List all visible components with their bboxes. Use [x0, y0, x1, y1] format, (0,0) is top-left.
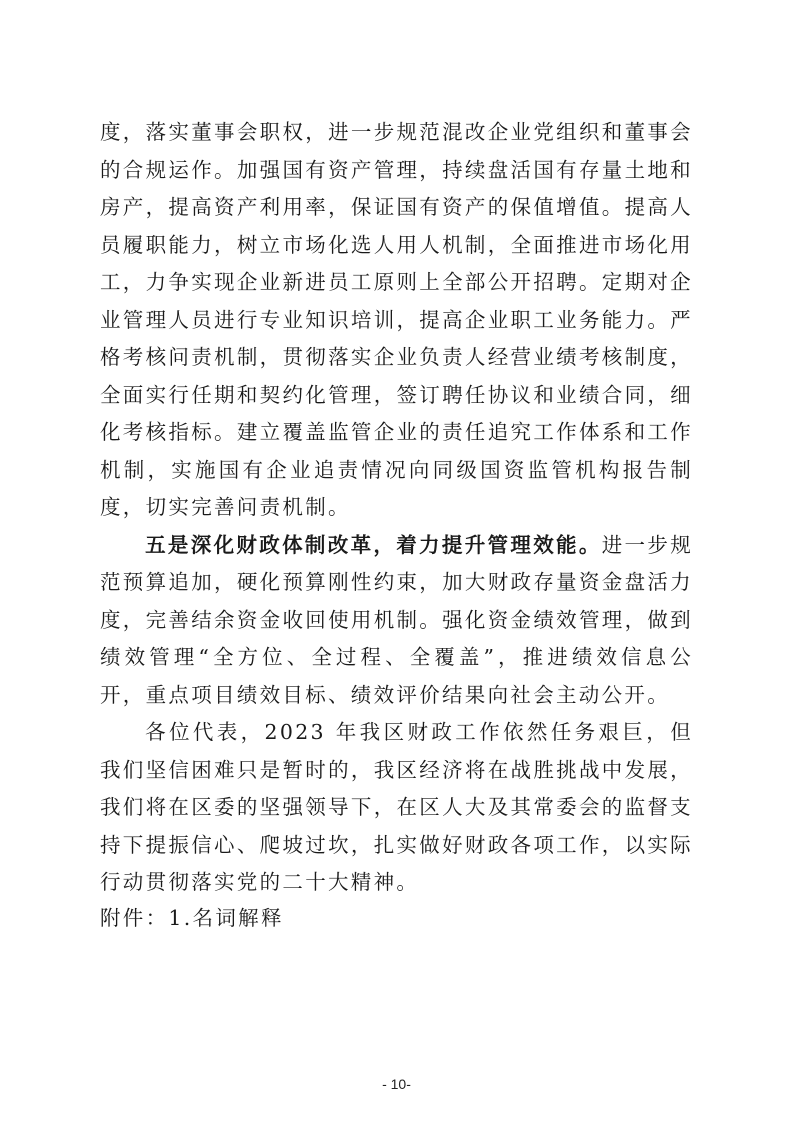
document-page: 度，落实董事会职权，进一步规范混改企业党组织和董事会的合规运作。加强国有资产管理…	[0, 0, 793, 1122]
paragraph-soe-governance: 度，落实董事会职权，进一步规范混改企业党组织和董事会的合规运作。加强国有资产管理…	[100, 114, 693, 527]
paragraph-text: 各位代表，2023 年我区财政工作依然任务艰巨，但我们坚信困难只是暂时的，我区经…	[100, 720, 693, 894]
attachment-note: 附件：1.名词解释	[100, 900, 693, 938]
paragraph-text: 度，落实董事会职权，进一步规范混改企业党组织和董事会的合规运作。加强国有资产管理…	[100, 120, 693, 519]
paragraph-fiscal-reform: 五是深化财政体制改革，着力提升管理效能。进一步规范预算追加，硬化预算刚性约束，加…	[100, 527, 693, 715]
paragraph-closing-remarks: 各位代表，2023 年我区财政工作依然任务艰巨，但我们坚信困难只是暂时的，我区经…	[100, 714, 693, 902]
document-body: 度，落实董事会职权，进一步规范混改企业党组织和董事会的合规运作。加强国有资产管理…	[100, 114, 693, 937]
paragraph-text: 进一步规范预算追加，硬化预算刚性约束，加大财政存量资金盘活力度，完善结余资金收回…	[100, 533, 693, 707]
paragraph-lead-heading: 五是深化财政体制改革，着力提升管理效能。	[145, 533, 602, 557]
page-number: - 10-	[0, 1076, 793, 1092]
